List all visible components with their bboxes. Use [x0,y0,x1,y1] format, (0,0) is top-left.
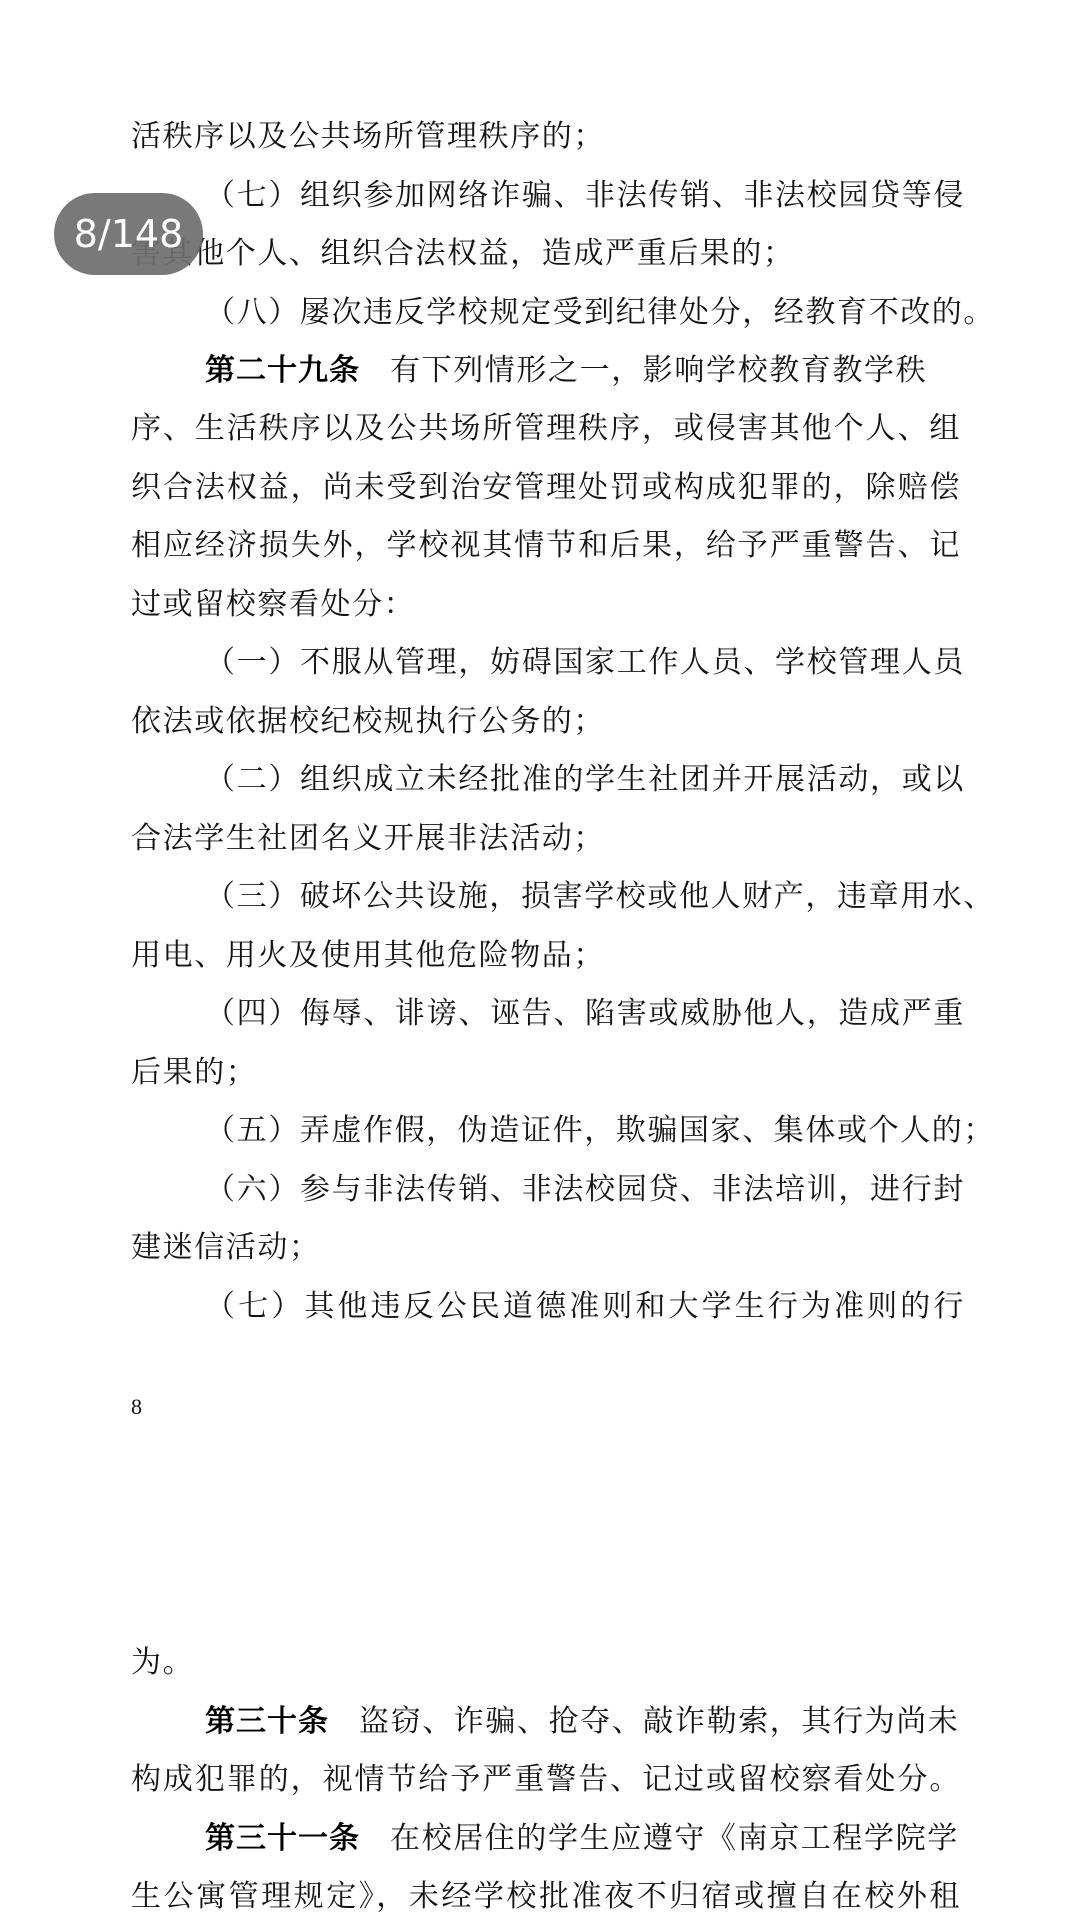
document-page[interactable]: 8/148 活秩序以及公共场所管理秩序的； （七）组织参加网络诈骗、非法传销、非… [0,0,1080,1920]
article-30-heading: 第三十条 [205,1704,329,1739]
article-31-heading: 第三十一条 [205,1821,360,1856]
text-line: 过或留校察看处分： [131,580,961,630]
text-line: （八）屡次违反学校规定受到纪律处分，经教育不改的。 [205,288,965,338]
list-item-3-cont: 用电、用火及使用其他危险物品； [131,931,961,981]
list-item-1: （一）不服从管理，妨碍国家工作人员、学校管理人员 [205,638,965,688]
page-indicator-badge: 8/148 [54,193,203,275]
list-item-2: （二）组织成立未经批准的学生社团并开展活动，或以 [205,755,965,805]
article-30-first-line: 第三十条盗窃、诈骗、抢夺、敲诈勒索，其行为尚未 [205,1697,965,1747]
text-line: 构成犯罪的，视情节给予严重警告、记过或留校察看处分。 [131,1755,961,1805]
text-line: 活秩序以及公共场所管理秩序的； [131,112,961,162]
text-line: 生公寓管理规定》，未经学校批准夜不归宿或擅自在校外租 [131,1872,961,1920]
text-line: 织合法权益，尚未受到治安管理处罚或构成犯罪的，除赔偿 [131,463,961,513]
article-29-first-line: 第二十九条有下列情形之一，影响学校教育教学秩 [205,346,965,396]
list-item-5: （五）弄虚作假，伪造证件，欺骗国家、集体或个人的； [205,1106,965,1156]
article-31-first-line: 第三十一条在校居住的学生应遵守《南京工程学院学 [205,1814,965,1864]
text-line: 害其他个人、组织合法权益，造成严重后果的； [131,229,961,279]
list-item-4: （四）侮辱、诽谤、诬告、陷害或威胁他人，造成严重 [205,989,965,1039]
list-item-1-cont: 依法或依据校纪校规执行公务的； [131,697,961,747]
list-item-2-cont: 合法学生社团名义开展非法活动； [131,814,961,864]
page-footer-number: 8 [131,1392,142,1422]
list-item-4-cont: 后果的； [131,1048,961,1098]
article-29-heading: 第二十九条 [205,353,360,388]
text-line: （七）组织参加网络诈骗、非法传销、非法校园贷等侵 [205,171,965,221]
article-31-text: 在校居住的学生应遵守《南京工程学院学 [390,1821,959,1856]
article-29-text: 有下列情形之一，影响学校教育教学秩 [390,353,927,388]
list-item-7: （七）其他违反公民道德准则和大学生行为准则的行 [205,1282,965,1332]
list-item-6: （六）参与非法传销、非法校园贷、非法培训，进行封 [205,1165,965,1215]
list-item-3: （三）破坏公共设施，损害学校或他人财产，违章用水、 [205,872,965,922]
article-30-text: 盗窃、诈骗、抢夺、敲诈勒索，其行为尚未 [359,1704,959,1739]
text-line: 序、生活秩序以及公共场所管理秩序，或侵害其他个人、组 [131,404,961,454]
list-item-7-cont: 为。 [131,1638,961,1688]
list-item-6-cont: 建迷信活动； [131,1223,961,1273]
text-line: 相应经济损失外，学校视其情节和后果，给予严重警告、记 [131,521,961,571]
